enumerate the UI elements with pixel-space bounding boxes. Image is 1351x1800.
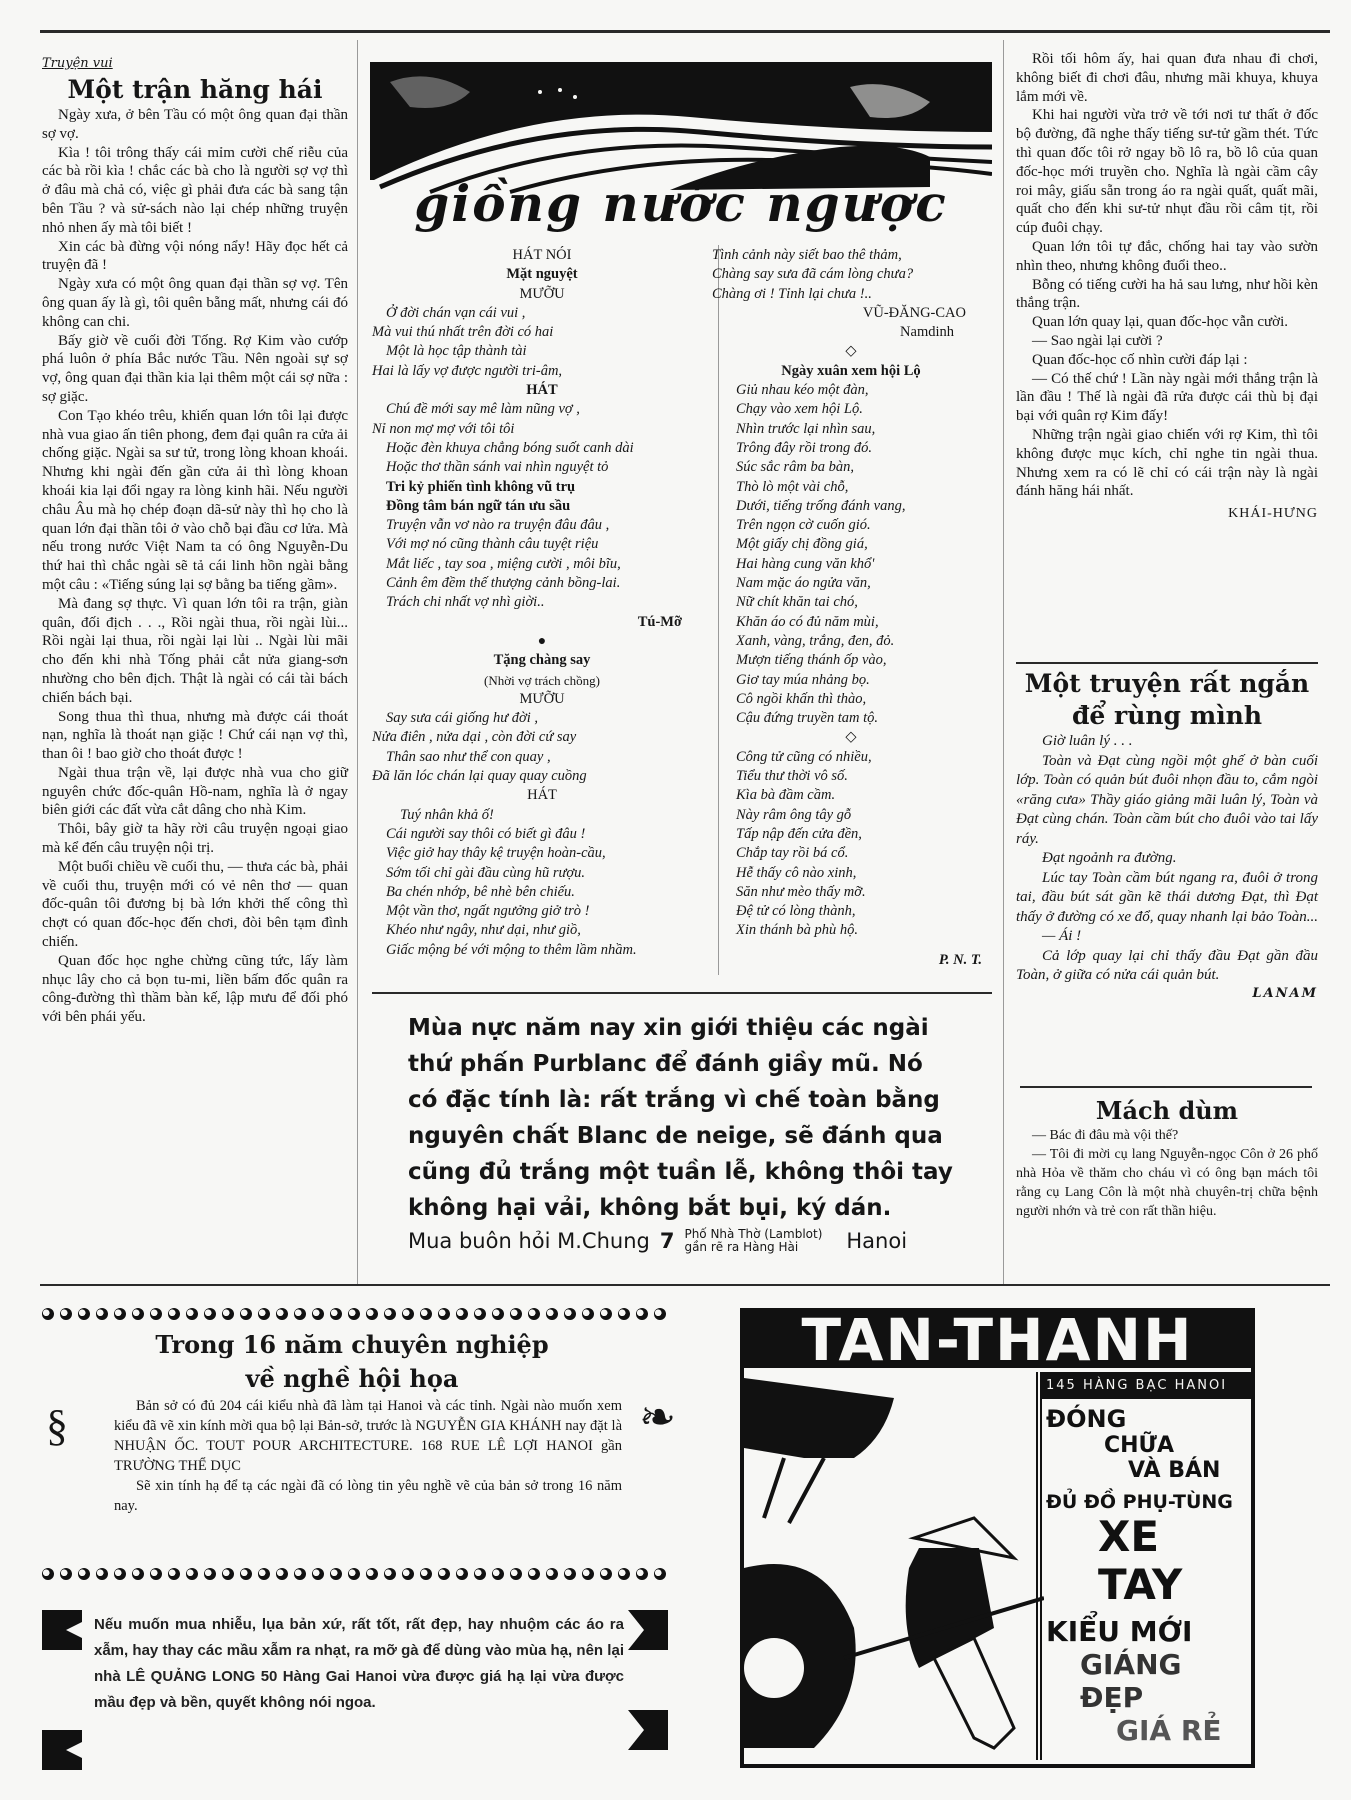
ad-line: có đặc tính là: rất trắng vì chế toàn bằ… (408, 1082, 968, 1118)
ornament-figure-icon: ❧ (639, 1396, 676, 1440)
column-divider (1003, 40, 1004, 1285)
dot-border-middle (42, 1568, 666, 1580)
poem-stanza: Giủ nhau kéo một đàn, Chạy vào xem hội L… (712, 381, 990, 728)
poem-line: Thân sao như thể con quay , (372, 748, 712, 767)
paragraph: Lúc tay Toàn cầm bút ngang ra, đuôi ở tr… (1016, 869, 1318, 928)
poem-line: Truyện vẫn vơ nào ra truyện đâu đâu , (372, 516, 712, 535)
poem-line: Thò lò một vài chỗ, (736, 478, 990, 497)
ad-footer: Mua buôn hỏi M.Chung 7 Phố Nhà Thờ (Lamb… (408, 1228, 968, 1254)
poem-line: Giấc mộng bé với mộng to thêm lầm nhầm. (372, 941, 712, 960)
poem-line: Hễ thấy cô nào xinh, (736, 864, 990, 883)
paragraph: Xin các bà đừng vội nóng nẩy! Hãy đọc hế… (42, 238, 348, 276)
ad-text-panel: 145 HÀNG BẠC HANOI ĐÓNG CHỮA VÀ BÁN ĐỦ Đ… (1036, 1372, 1254, 1760)
poem-line: Chạy vào xem hội Lộ. (736, 400, 990, 419)
poem-line: Ba chén nhớp, bê nhè bên chiếu. (372, 883, 712, 902)
poem-line: Một là học tập thành tài (372, 342, 712, 361)
paragraph: — Bác đi đâu mà vội thế? (1016, 1126, 1318, 1145)
poem-column-right: Tình cảnh này siết bao thê thảm, Chàng s… (712, 246, 990, 970)
section-banner: giồng nước ngược (370, 62, 992, 234)
sunburst-ornament-icon (42, 1730, 82, 1770)
poem-line: Hoặc thơ thần sánh vai nhìn nguyệt tỏ (372, 458, 712, 477)
ad-seller: Mua buôn hỏi M.Chung (408, 1230, 650, 1252)
poem-line: Nỉ non mợ mợ với tôi tôi (372, 420, 712, 439)
ad-line: VÀ BÁN (1042, 1458, 1254, 1483)
article-title: Một trận hăng hái (42, 75, 348, 104)
article-author: KHÁI-HƯNG (1016, 505, 1318, 524)
poem-line: Giơ tay múa nhảng bọ. (736, 671, 990, 690)
ad-line: Mùa nực năm nay xin giới thiệu các ngài (408, 1010, 968, 1046)
poem-line: Súc sắc râm ba bàn, (736, 458, 990, 477)
paragraph: Cả lớp quay lại chỉ thấy đầu Đạt gần đầu… (1016, 947, 1318, 986)
poem-line: Trên ngọn cờ cuốn gió. (736, 516, 990, 535)
poem-line: Săn như mèo thấy mỡ. (736, 883, 990, 902)
poem-line: Một giấy chị đồng giá, (736, 535, 990, 554)
poem-line: Nửa điên , nửa dại , còn đời cứ say (372, 728, 712, 747)
poem-line: Mà vui thú nhất trên đời có hai (372, 323, 712, 342)
story-title: Một truyện rất ngắn (1016, 668, 1318, 700)
paragraph: Rồi tối hôm ấy, hai quan đưa nhau đi chơ… (1016, 50, 1318, 106)
sunburst-ornament-icon (628, 1710, 668, 1750)
ad-title: Trong 16 năm chuyên nghiệp (42, 1328, 662, 1362)
ad-line: KIỂU MỚI (1042, 1615, 1254, 1648)
poem-line: Đồng tâm bán ngữ tán ưu sầu (372, 497, 712, 516)
story-title: để rùng mình (1016, 700, 1318, 732)
architect-ad: Trong 16 năm chuyên nghiệp về nghề hội h… (42, 1328, 662, 1516)
poem-section: MƯỠU (372, 285, 712, 304)
paragraph: Một buổi chiều về cuối thu, — thưa các b… (42, 858, 348, 952)
ad-line: CHỮA (1042, 1433, 1254, 1458)
poem-line: Sớm tối chỉ gài đầu cùng hũ rượu. (372, 864, 712, 883)
ad-brand: TAN-THANH (744, 1312, 1251, 1368)
ad-number: 7 (660, 1230, 675, 1252)
poem-line: Mắt liếc , tay soa , miệng cười , môi bĩ… (372, 555, 712, 574)
poem-line: Tiểu thư thời vô số. (736, 767, 990, 786)
poem-line: Xanh, vàng, trắng, đen, đỏ. (736, 632, 990, 651)
bullet-icon: ● (372, 632, 712, 651)
poem-line: Này râm ông tây gỗ (736, 806, 990, 825)
poem-line: Chắp tay rồi bá cổ. (736, 844, 990, 863)
paragraph: Mà đang sợ thực. Vì quan lớn tôi ra trận… (42, 595, 348, 708)
poem-line: Tình cảnh này siết bao thê thảm, (712, 246, 990, 265)
paragraph: Sẽ xin tính hạ để tạ các ngài đã có lòng… (114, 1476, 622, 1516)
poem-line: Cảnh êm đềm thế thượng cảnh bồng-lai. (372, 574, 712, 593)
poem-section: HÁT (372, 381, 712, 400)
poem-author: P. N. T. (712, 951, 990, 970)
ad-line: thứ phấn Purblanc để đánh giầy mũ. Nó (408, 1046, 968, 1082)
ad-address: Phố Nhà Thờ (Lamblot) gần rẽ ra Hàng Hài (684, 1228, 822, 1254)
paragraph: Đạt ngoảnh ra đường. (1016, 849, 1318, 869)
poem-line: Công tử cũng có nhiều, (736, 748, 990, 767)
poem-line: Cô ngồi khấn thì thào, (736, 690, 990, 709)
poem-line: Chú đề mới say mê làm nũng vợ , (372, 400, 712, 419)
poem-line: Tri kỷ phiến tình không vũ trụ (372, 478, 712, 497)
paragraph: Bấy giờ về cuối đời Tống. Rợ Kim vào cướ… (42, 332, 348, 407)
sunburst-ornament-icon (42, 1610, 82, 1650)
poem-genre: HÁT NÓI (372, 246, 712, 265)
mach-dum-notice: Mách dùm — Bác đi đâu mà vội thế? — Tôi … (1016, 1096, 1318, 1221)
ad-line: GIÁ RẺ (1042, 1714, 1254, 1747)
ad-line: ĐỦ ĐỒ PHỤ-TÙNG (1042, 1491, 1254, 1513)
poem-title: Mặt nguyệt (372, 265, 712, 284)
poem-line: Nam mặc áo ngửa văn, (736, 574, 990, 593)
poem-title: Tặng chàng say (372, 651, 712, 670)
poem-line: Trách chi nhất vợ nhì giời.. (372, 593, 712, 612)
paragraph: Quan đốc-học cố nhìn cười đáp lại : (1016, 351, 1318, 370)
section-kicker: Truyện vui (42, 56, 348, 71)
article-body: Ngày xưa, ở bên Tầu có một ông quan đại … (42, 106, 348, 1027)
poem-line: Nữ chít khăn tai chó, (736, 593, 990, 612)
ad-rule (372, 992, 992, 994)
paragraph: Ngày xưa có một ông quan đại thần sợ vợ.… (42, 275, 348, 331)
poem-stanza: Công tử cũng có nhiều, Tiểu thư thời vô … (712, 748, 990, 941)
ad-city: Hanoi (846, 1230, 907, 1252)
paragraph: — Ái ! (1016, 927, 1318, 947)
paragraph: Bản sở có đủ 204 cái kiểu nhà đã làm tại… (114, 1396, 622, 1476)
ad-line: GIÁNG ĐẸP (1042, 1648, 1254, 1714)
dot-border-top (42, 1308, 666, 1320)
poem-line: Hai hàng cung văn khổ' (736, 555, 990, 574)
tanthanh-ad: TAN-THANH 145 HÀNG BẠC HANOI ĐÓNG CHỮA V… (740, 1308, 1255, 1768)
paragraph: Quan lớn tôi tự đắc, chống hai tay vào s… (1016, 238, 1318, 276)
poem-line: Khăn áo có đủ năm mùi, (736, 613, 990, 632)
poem-line: Chàng ơi ! Tỉnh lại chưa !.. (712, 285, 990, 304)
poem-line: Mượn tiếng thánh ốp vào, (736, 651, 990, 670)
poem-line: Ở đời chán vạn cái vui , (372, 304, 712, 323)
silk-ad: Nếu muốn mua nhiễu, lụa bản xứ, rất tốt,… (42, 1610, 662, 1760)
paragraph: Kìa ! tôi trông thấy cái mỉm cười chế ri… (42, 144, 348, 238)
ad-line: nguyên chất Blanc de neige, sẽ đánh qua (408, 1118, 968, 1154)
ad-line: ĐÓNG (1042, 1405, 1254, 1433)
section-rule (1020, 1086, 1312, 1088)
ad-address: 145 HÀNG BẠC HANOI (1042, 1372, 1254, 1399)
poem-line: Trông đây rồi trong đó. (736, 439, 990, 458)
poem-line: Dưới, tiếng trống đánh vang, (736, 497, 990, 516)
poem-line: Xin thánh bà phù hộ. (736, 921, 990, 940)
notice-title: Mách dùm (1016, 1096, 1318, 1126)
poem-line: Việc giở hay thây kệ truyện hoàn-cầu, (372, 844, 712, 863)
poem-line: Chàng say sưa đã cám lòng chưa? (712, 265, 990, 284)
paragraph: Ngày xưa, ở bên Tầu có một ông quan đại … (42, 106, 348, 144)
poem-place: Namdinh (712, 323, 990, 342)
paragraph: Ngài thua trận về, lại được nhà vua cho … (42, 764, 348, 820)
paragraph: Những trận ngài giao chiến với rợ Kim, t… (1016, 426, 1318, 501)
right-article: Rồi tối hôm ấy, hai quan đưa nhau đi chơ… (1016, 50, 1318, 524)
poem-line: Tấp nập đến cửa đền, (736, 825, 990, 844)
paragraph: Song thua thì thua, nhưng mà được cái th… (42, 708, 348, 764)
poem-line: Tuý nhân khả ố! (372, 806, 712, 825)
ornament-figure-icon: § (46, 1404, 68, 1448)
section-rule (1016, 662, 1318, 664)
poem-line: Say sưa cái giống hư đời , (372, 709, 712, 728)
bottom-section-rule (40, 1284, 1330, 1286)
story-body: Giờ luân lý . . . Toàn và Đạt cùng ngồi … (1016, 732, 1318, 986)
poem-section: HÁT (372, 786, 712, 805)
poem-line: Cậu đứng truyền tam tộ. (736, 709, 990, 728)
diamond-ornament-icon: ◇ (712, 342, 990, 361)
paragraph: — Sao ngài lại cười ? (1016, 332, 1318, 351)
poem-line: Một vần thơ, ngất ngưởng giở trò ! (372, 902, 712, 921)
poem-author: Tú-Mỡ (372, 613, 712, 632)
column-divider (357, 40, 358, 1285)
poem-line: Hoặc đèn khuya chẳng bóng suốt canh dài (372, 439, 712, 458)
ad-title: về nghề hội họa (42, 1362, 662, 1396)
paragraph: Toàn và Đạt cùng ngồi một ghế ở bàn cuối… (1016, 752, 1318, 850)
poem-line: Với mợ nó cũng thành câu tuyệt riệu (372, 535, 712, 554)
poem-column-left: HÁT NÓI Mặt nguyệt MƯỠU Ở đời chán vạn c… (372, 246, 712, 960)
poem-line: Hai là lấy vợ được người tri-âm, (372, 362, 712, 381)
paragraph: — Có thế chứ ! Lần này ngài mới thắng tr… (1016, 370, 1318, 426)
poem-line: Cái người say thôi có biết gì đâu ! (372, 825, 712, 844)
story-author: LANAM (1016, 986, 1318, 1001)
poem-line: Đã lăn lóc chán lại quay quay cuồng (372, 767, 712, 786)
poem-line: Giủ nhau kéo một đàn, (736, 381, 990, 400)
paragraph: Giờ luân lý . . . (1016, 732, 1318, 752)
poem-line: Đệ tử có lòng thành, (736, 902, 990, 921)
left-article: Truyện vui Một trận hăng hái Ngày xưa, ở… (42, 56, 348, 1027)
paragraph: Thôi, bây giờ ta hãy rời câu truyện ngoạ… (42, 820, 348, 858)
top-rule (40, 30, 1330, 33)
paragraph: Con Tạo khéo trêu, khiến quan lớn tôi lạ… (42, 407, 348, 595)
paragraph: Bỗng có tiếng cười ha hả sau lưng, như h… (1016, 276, 1318, 314)
poem-section: MƯỠU (372, 690, 712, 709)
ad-line: XE TAY (1042, 1513, 1254, 1609)
poem-subtitle: (Nhời vợ trách chồng) (372, 671, 712, 690)
diamond-ornament-icon: ◇ (712, 728, 990, 747)
paragraph: Quan đốc học nghe chừng cũng tức, lấy là… (42, 952, 348, 1027)
sunburst-ornament-icon (628, 1610, 668, 1650)
notice-body: — Bác đi đâu mà vội thế? — Tôi đi mời cụ… (1016, 1126, 1318, 1221)
poem-line: Kìa bà đầm cầm. (736, 786, 990, 805)
ad-line: cũng đủ trắng một tuần lễ, không thôi ta… (408, 1154, 968, 1190)
ad-address-line: gần rẽ ra Hàng Hài (684, 1240, 798, 1254)
rickshaw-puller-illustration-icon (744, 1368, 1044, 1760)
poem-author: VŨ-ĐĂNG-CAO (712, 304, 990, 323)
paragraph: Quan lớn quay lại, quan đốc-học vẫn cười… (1016, 313, 1318, 332)
purblanc-ad: Mùa nực năm nay xin giới thiệu các ngài … (408, 1010, 968, 1254)
short-story: Một truyện rất ngắn để rùng mình Giờ luâ… (1016, 668, 1318, 1001)
poem-title: Ngày xuân xem hội Lộ (712, 362, 990, 381)
ad-text: Nếu muốn mua nhiễu, lụa bản xứ, rất tốt,… (94, 1612, 624, 1716)
ad-body: § ❧ Bản sở có đủ 204 cái kiểu nhà đã làm… (42, 1396, 662, 1516)
banner-title: giồng nước ngược (370, 174, 992, 234)
poem-line: Nhìn trước lại nhìn sau, (736, 420, 990, 439)
paragraph: — Tôi đi mời cụ lang Nguyễn-ngọc Côn ở 2… (1016, 1145, 1318, 1221)
paragraph: Khi hai người vừa trở về tới nơi tư thất… (1016, 106, 1318, 238)
ad-address-line: Phố Nhà Thờ (Lamblot) (684, 1227, 822, 1241)
poem-line: Khéo như ngây, như dại, như giồ, (372, 921, 712, 940)
ad-line: không hại vải, không bắt bụi, ký dán. (408, 1190, 968, 1226)
